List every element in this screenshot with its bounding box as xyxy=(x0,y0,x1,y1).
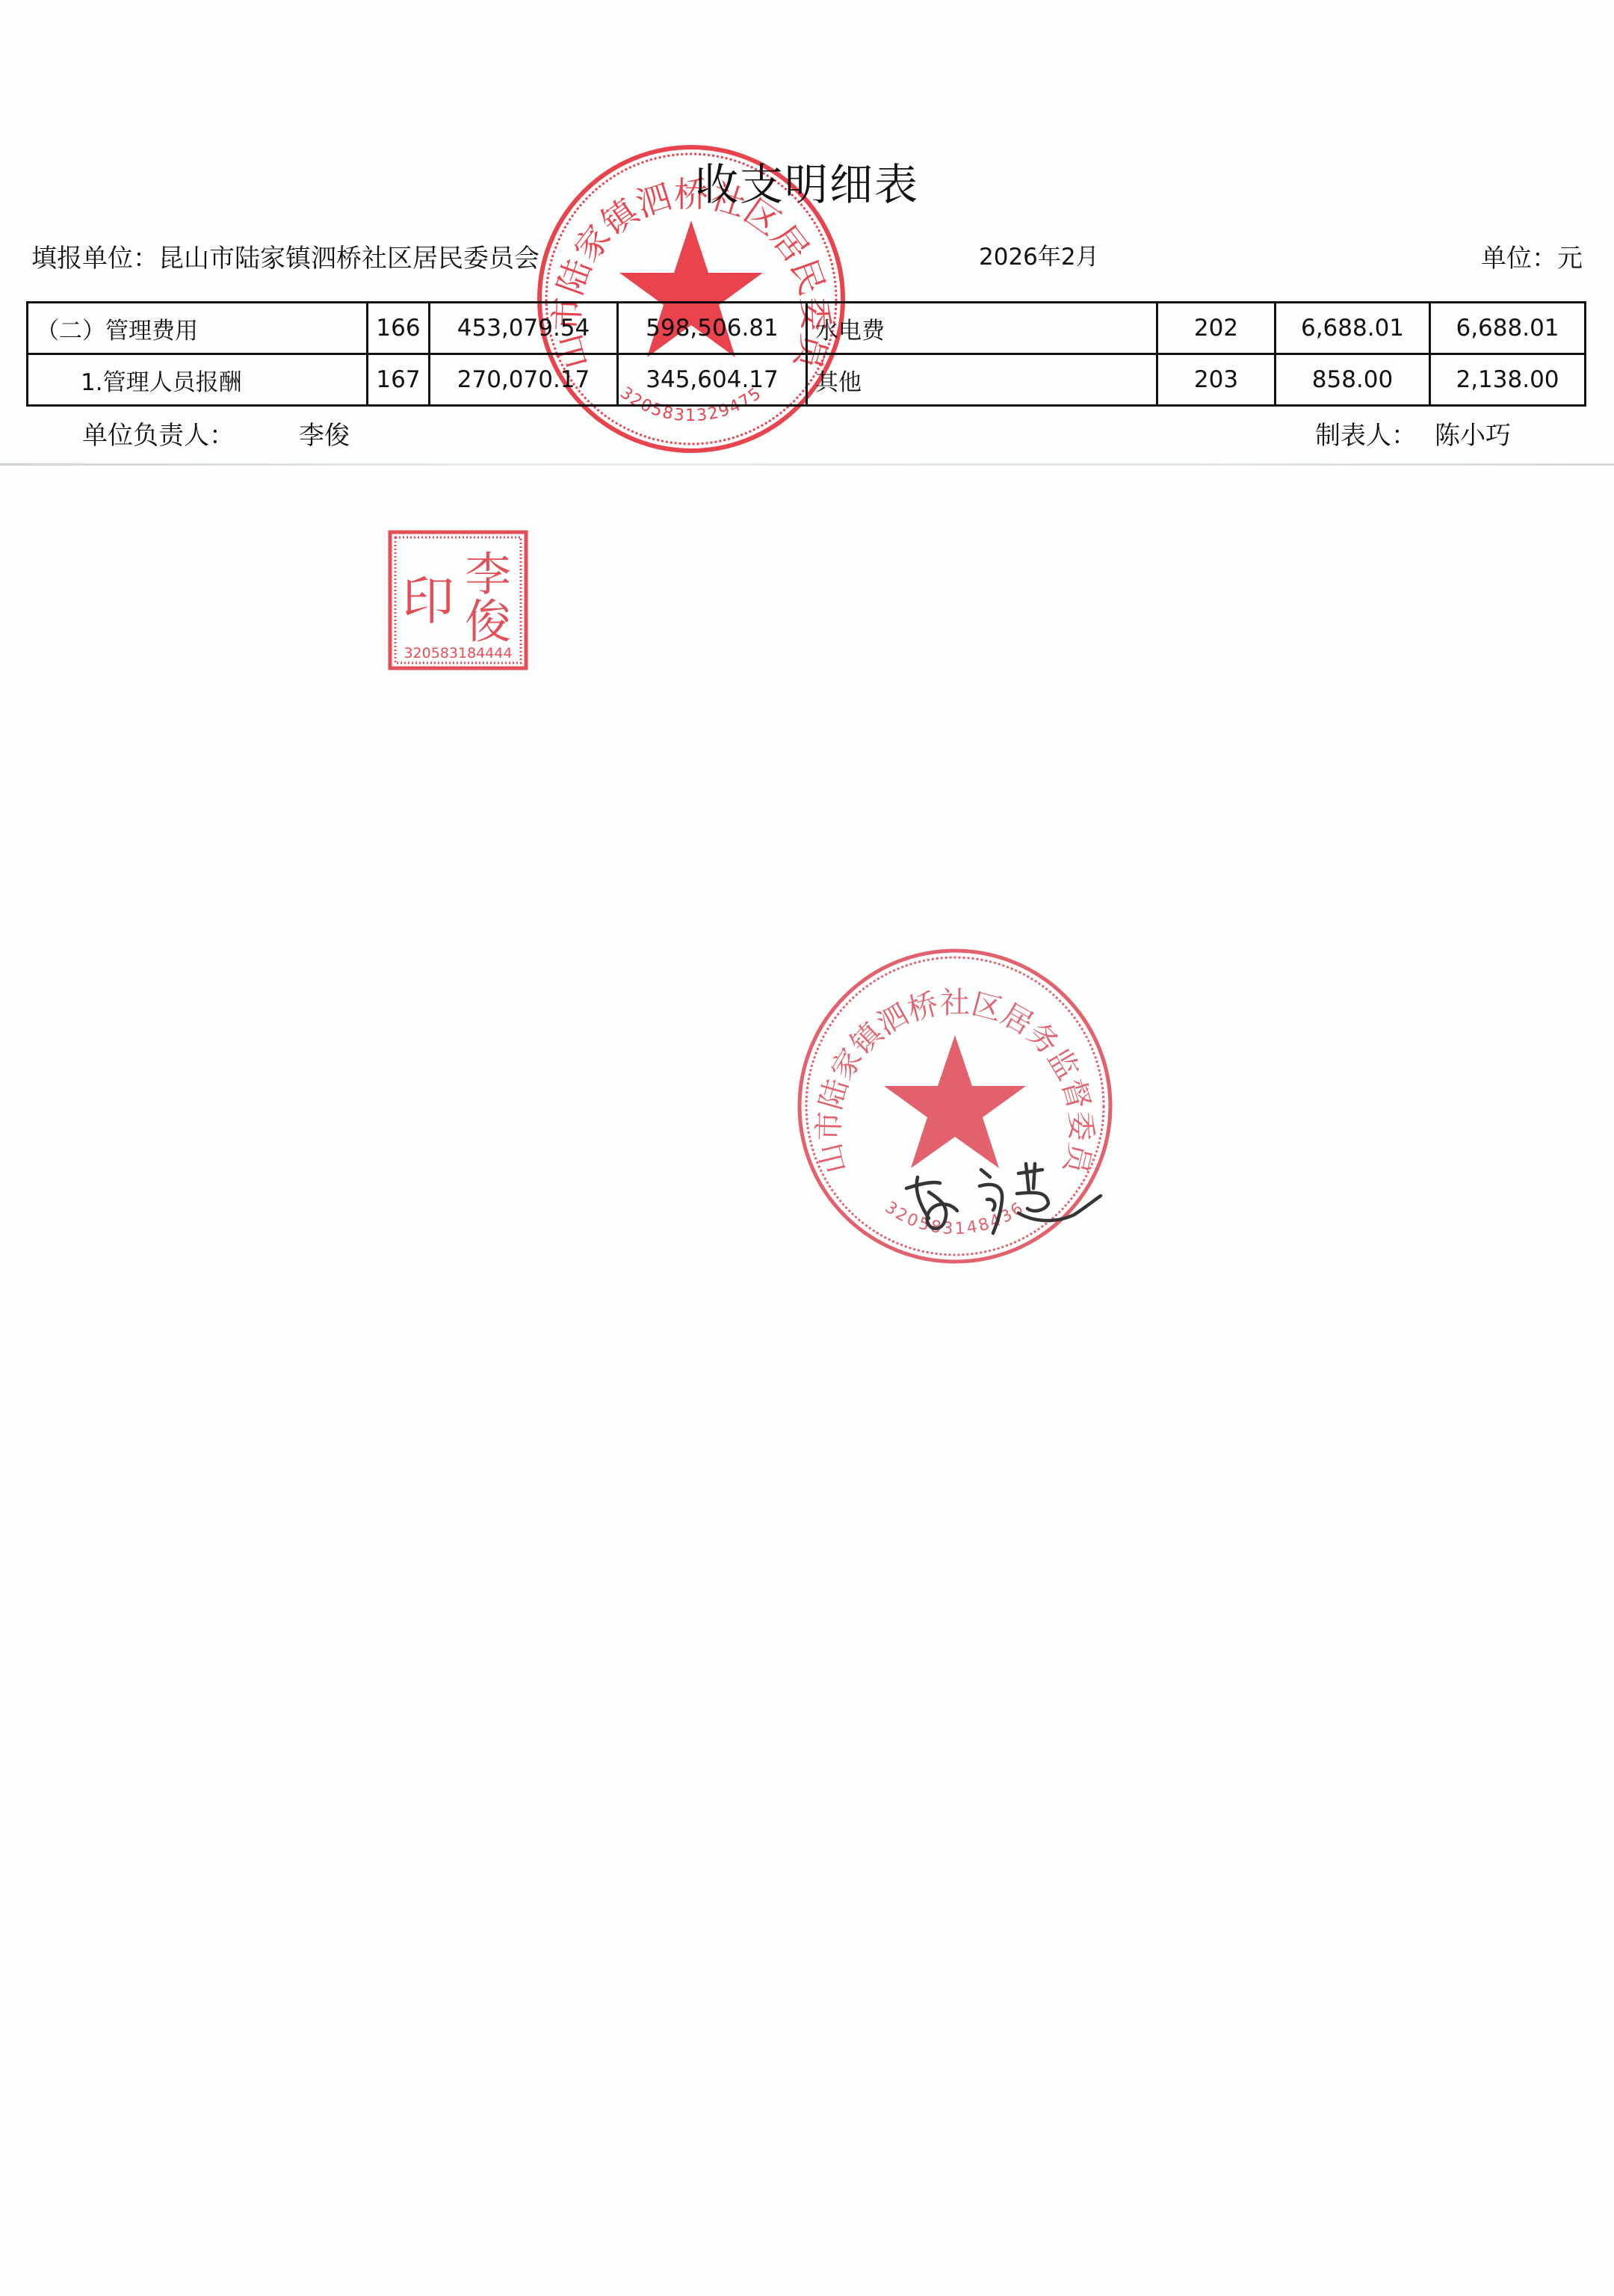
left-code-cell: 166 xyxy=(368,303,430,354)
preparer-label: 制表人： xyxy=(1315,415,1417,451)
name-stamp-icon: 印 李 俊 320583184444 xyxy=(387,529,529,671)
svg-text:3205831329475: 3205831329475 xyxy=(616,383,766,425)
left-code-cell: 167 xyxy=(368,354,430,406)
right-current-cell: 858.00 xyxy=(1276,354,1430,406)
left-item-cell: 1.管理人员报酬 xyxy=(28,354,368,406)
left-item-cell: （二）管理费用 xyxy=(28,303,368,354)
preparer-name: 陈小巧 xyxy=(1435,415,1511,451)
responsible-person-label: 单位负责人： xyxy=(82,415,235,451)
committee-seal-code: 3205831329475 xyxy=(616,383,766,425)
seal-code: 320583184444 xyxy=(403,645,512,661)
currency-unit: 单位：元 xyxy=(1481,238,1583,274)
right-cumulative-cell: 6,688.01 xyxy=(1430,303,1586,354)
seal-char-jun: 俊 xyxy=(465,594,511,649)
right-item-cell: 其他 xyxy=(807,354,1157,406)
seal-char-yin: 印 xyxy=(402,570,454,632)
right-cumulative-cell: 2,138.00 xyxy=(1430,354,1586,406)
right-code-cell: 202 xyxy=(1157,303,1276,354)
seal-icon: 昆山市陆家镇泗桥社区居民委员会 3205831329475 xyxy=(534,142,848,456)
reporting-unit: 填报单位：昆山市陆家镇泗桥社区居民委员会 xyxy=(31,238,539,274)
reporting-unit-value: 昆山市陆家镇泗桥社区居民委员会 xyxy=(158,244,539,274)
page-divider xyxy=(0,463,1614,466)
supervision-seal: 昆山市陆家镇泗桥社区居务监督委员会 320583148436 xyxy=(794,945,1116,1267)
signature-icon xyxy=(794,945,1116,1267)
personal-seal: 印 李 俊 320583184444 xyxy=(387,529,529,671)
right-current-cell: 6,688.01 xyxy=(1276,303,1430,354)
report-period: 2026年2月 xyxy=(979,238,1099,271)
reporting-unit-label: 填报单位： xyxy=(31,244,158,274)
right-item-cell: 水电费 xyxy=(807,303,1157,354)
responsible-person-name: 李俊 xyxy=(299,415,350,451)
committee-seal: 昆山市陆家镇泗桥社区居民委员会 3205831329475 xyxy=(534,142,848,456)
right-code-cell: 203 xyxy=(1157,354,1276,406)
